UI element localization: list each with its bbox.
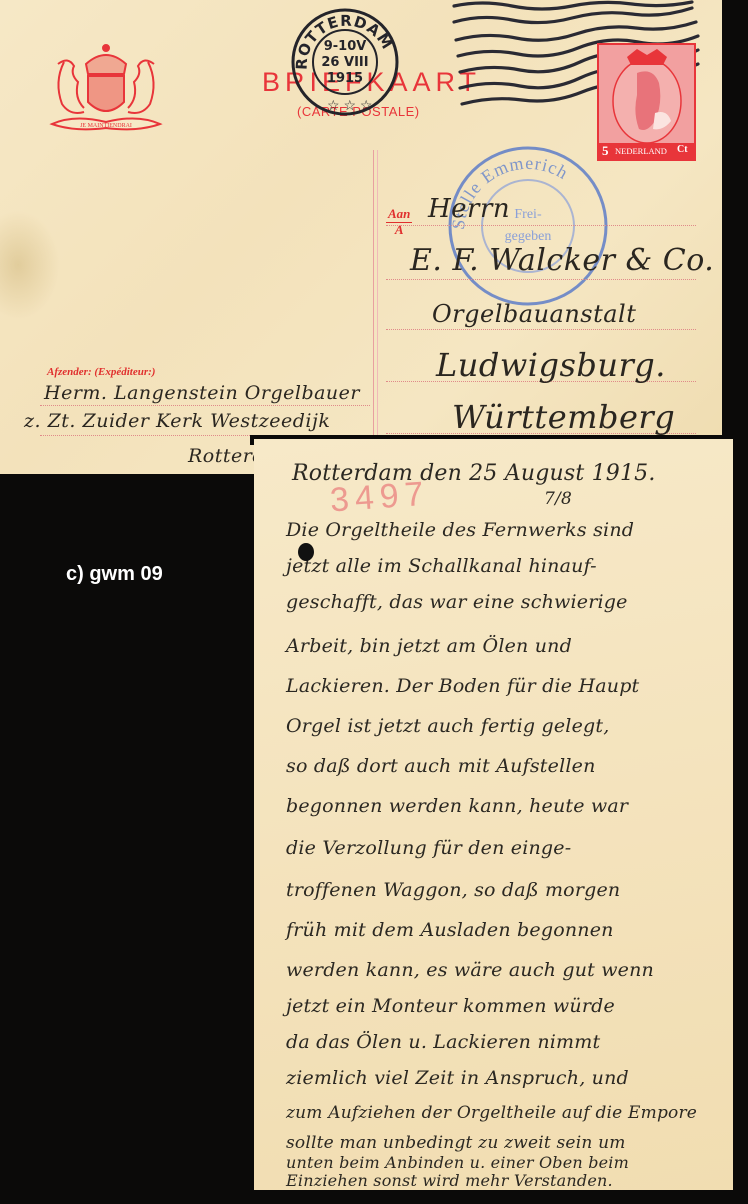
letter-line-9: die Verzollung für den einge-	[286, 837, 571, 859]
svg-text:☆ ☆ ☆: ☆ ☆ ☆	[327, 97, 372, 113]
stamp-unit: Ct	[677, 144, 688, 155]
recipient-line-5: Württemberg	[452, 398, 675, 436]
censor-stamp-emmerich: Stelle Emmerich Frei- gegeben	[442, 140, 614, 312]
recipient-line-1: Herrn	[428, 194, 510, 224]
letter-line-8: begonnen werden kann, heute war	[286, 795, 628, 817]
address-rule	[386, 278, 696, 280]
letter-line-4: Arbeit, bin jetzt am Ölen und	[286, 635, 572, 657]
letter-line-14: da das Ölen u. Lackieren nimmt	[286, 1031, 600, 1053]
letter-line-19: Einziehen sonst wird mehr Verstanden.	[286, 1171, 613, 1190]
coat-of-arms-icon: JE MAINTIENDRAI	[44, 42, 168, 136]
address-rule	[386, 328, 696, 330]
postmark-time: 9-10V	[319, 40, 371, 53]
letter-line-16: zum Aufziehen der Orgeltheile auf die Em…	[286, 1103, 697, 1123]
recipient-line-4: Ludwigsburg.	[436, 346, 666, 384]
letter-line-5: Lackieren. Der Boden für die Haupt	[286, 675, 639, 697]
letter-annotation: 7/8	[544, 489, 572, 509]
letter-line-1: Die Orgeltheile des Fernwerks sind	[286, 519, 634, 541]
address-rule	[386, 224, 696, 226]
rotterdam-postmark: ROTTERDAM ☆ ☆ ☆ 9-10V 26 VIII 1915	[289, 6, 401, 118]
address-divider	[373, 150, 374, 450]
letter-line-3: geschafft, das war eine schwierige	[286, 591, 628, 613]
water-stain	[0, 210, 60, 320]
letter-line-6: Orgel ist jetzt auch fertig gelegt,	[286, 715, 609, 737]
letter-line-13: jetzt ein Monteur kommen würde	[286, 995, 615, 1017]
letter-line-10: troffenen Waggon, so daß morgen	[286, 879, 620, 901]
letter-line-18: unten beim Anbinden u. einer Oben beim	[286, 1153, 629, 1172]
letter-line-17: sollte man unbedingt zu zweit sein um	[286, 1133, 626, 1153]
recipient-label: Aan A	[386, 207, 412, 237]
image-caption: c) gwm 09	[66, 563, 163, 586]
sender-line-2: z. Zt. Zuider Kerk Westzeedijk	[24, 410, 330, 432]
letter-line-7: so daß dort auch mit Aufstellen	[286, 755, 596, 777]
postmark-year: 1915	[319, 72, 371, 85]
sender-rule	[40, 404, 370, 406]
recipient-line-2: E. F. Walcker & Co.	[410, 243, 714, 278]
letter-line-2: jetzt alle im Schallkanal hinauf-	[286, 555, 597, 577]
stamp-country: NEDERLAND	[615, 146, 667, 156]
postcard-front: JE MAINTIENDRAI BRIEFKAART (CARTE POSTAL…	[0, 0, 722, 474]
censor-circle-icon: Stelle Emmerich Frei- gegeben	[442, 140, 614, 312]
postmark-date: 26 VIII	[319, 56, 371, 69]
postcard-back: Rotterdam den 25 August 1915. 7/8 Die Or…	[254, 439, 733, 1190]
svg-text:gegeben: gegeben	[505, 229, 552, 244]
punch-hole	[298, 543, 314, 561]
recipient-line-3: Orgelbauanstalt	[432, 300, 636, 328]
svg-text:Frei-: Frei-	[514, 207, 542, 222]
sender-label: Afzender: (Expéditeur:)	[47, 366, 155, 378]
letter-line-11: früh mit dem Ausladen begonnen	[286, 919, 614, 941]
letter-line-12: werden kann, es wäre auch gut wenn	[286, 959, 654, 981]
motto: JE MAINTIENDRAI	[80, 123, 132, 129]
archive-number: 3497	[329, 475, 431, 521]
sender-line-1: Herm. Langenstein Orgelbauer	[44, 382, 360, 404]
letter-line-15: ziemlich viel Zeit in Anspruch, und	[286, 1067, 629, 1089]
